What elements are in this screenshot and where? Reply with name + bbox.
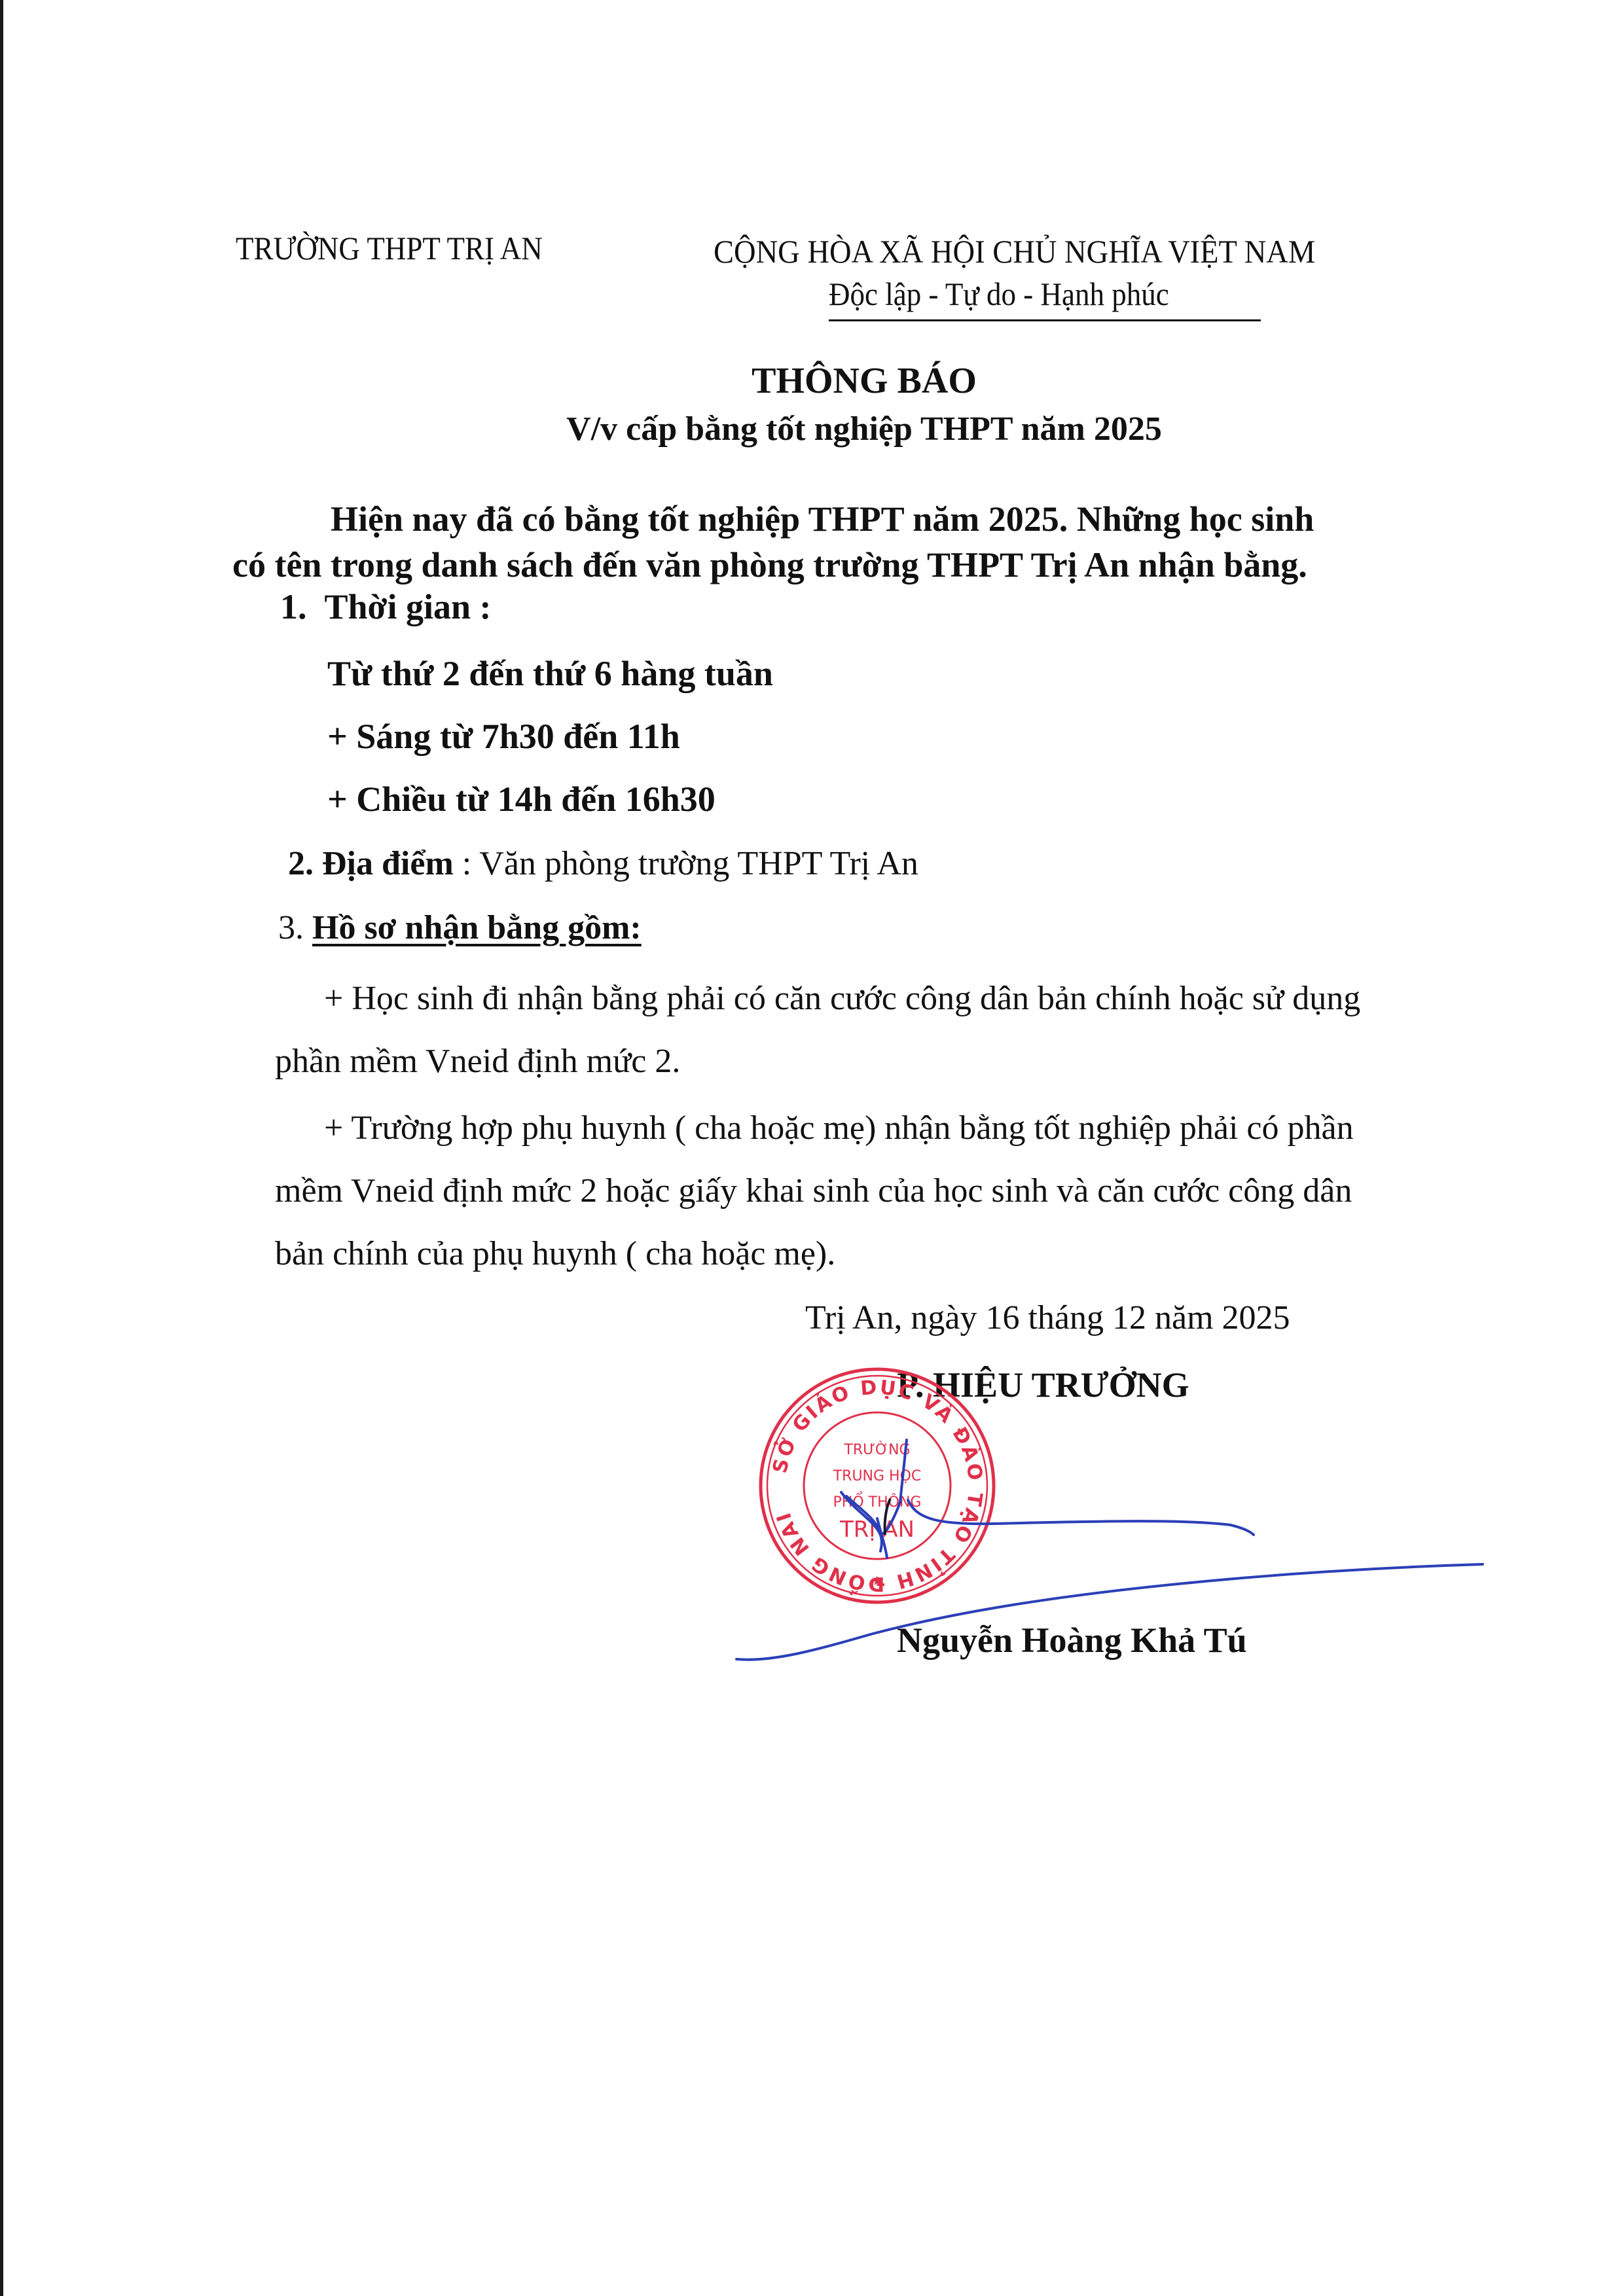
section-1-number: 1.	[280, 587, 307, 626]
section-3-label: Hồ sơ nhận bằng gồm:	[312, 909, 642, 946]
star-icon: ★	[871, 1573, 883, 1588]
national-motto: Độc lập - Tự do - Hạnh phúc	[829, 275, 1169, 313]
stamp-line-1: TRƯỜNG	[843, 1441, 910, 1458]
section-3-number: 3.	[278, 909, 304, 946]
section-2-label: Địa điểm	[322, 845, 454, 882]
requirement-2-line-2: mềm Vneid định mức 2 hoặc giấy khai sinh…	[275, 1172, 1352, 1210]
section-2-separator: :	[454, 845, 480, 882]
handwritten-signature	[0, 0, 1613, 2296]
official-stamp: SỞ GIÁO DỤC VÀ ĐÀO TẠO TỈNH ĐỒNG NAI TRƯ…	[753, 1361, 1002, 1610]
requirement-1-line-2: phần mềm Vneid định mức 2.	[275, 1042, 680, 1081]
requirement-1-line-1: + Học sinh đi nhận bằng phải có căn cước…	[324, 979, 1360, 1018]
school-name: TRƯỜNG THPT TRỊ AN	[236, 229, 543, 267]
schedule-afternoon: + Chiều từ 14h đến 16h30	[327, 779, 716, 819]
date-line: Trị An, ngày 16 tháng 12 năm 2025	[805, 1299, 1290, 1337]
document-subtitle: V/v cấp bằng tốt nghiệp THPT năm 2025	[0, 410, 1613, 448]
section-3-heading: 3. Hồ sơ nhận bằng gồm:	[278, 908, 642, 947]
intro-line-1: Hiện nay đã có bằng tốt nghiệp THPT năm …	[331, 499, 1314, 539]
requirement-2-line-3: bản chính của phụ huynh ( cha hoặc mẹ).	[275, 1234, 835, 1273]
section-1-heading: 1. Thời gian :	[280, 586, 491, 627]
stamp-line-4: TRỊ AN	[839, 1516, 915, 1543]
scan-left-edge	[0, 0, 3, 2296]
section-1-label: Thời gian :	[325, 587, 492, 626]
stamp-line-3: PHỔ THÔNG	[833, 1492, 922, 1511]
republic-name: CỘNG HÒA XÃ HỘI CHỦ NGHĨA VIỆT NAM	[714, 232, 1315, 270]
signer-name: Nguyễn Hoàng Khả Tú	[897, 1620, 1247, 1660]
document-title: THÔNG BÁO	[0, 360, 1613, 402]
schedule-morning: + Sáng từ 7h30 đến 11h	[327, 716, 680, 757]
section-2-heading: 2. Địa điểm : Văn phòng trường THPT Trị …	[288, 844, 918, 883]
motto-underline	[829, 319, 1261, 321]
requirement-2-line-1: + Trường hợp phụ huynh ( cha hoặc mẹ) nh…	[324, 1109, 1354, 1147]
stamp-line-2: TRUNG HỌC	[833, 1468, 922, 1484]
intro-line-2: có tên trong danh sách đến văn phòng trư…	[232, 545, 1307, 585]
section-2-value: Văn phòng trường THPT Trị An	[479, 845, 918, 882]
section-2-number: 2.	[288, 845, 314, 882]
schedule-days: Từ thứ 2 đến thứ 6 hàng tuần	[327, 653, 773, 694]
